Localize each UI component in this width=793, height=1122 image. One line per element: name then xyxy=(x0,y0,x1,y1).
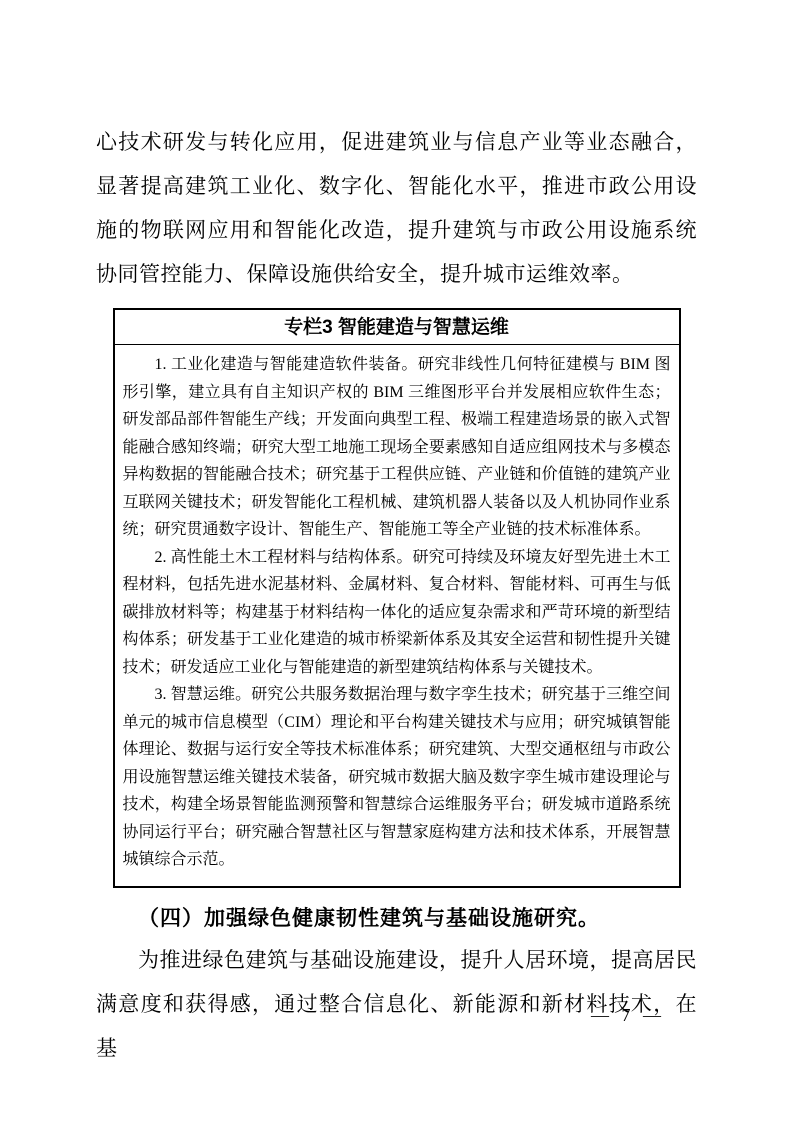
box-paragraph-3: 3. 智慧运维。研究公共服务数据治理与数字孪生技术；研究基于三维空间单元的城市信… xyxy=(123,681,671,874)
document-page: 心技术研发与转化应用，促进建筑业与信息产业等业态融合，显著提高建筑工业化、数字化… xyxy=(0,0,793,1122)
page-content: 心技术研发与转化应用，促进建筑业与信息产业等业态融合，显著提高建筑工业化、数字化… xyxy=(96,120,697,1070)
box-paragraph-2: 2. 高性能土木工程材料与结构体系。研究可持续及环境友好型先进土木工程材料，包括… xyxy=(123,544,671,682)
page-number: — 7 — xyxy=(591,1000,665,1030)
column-box-title: 专栏3 智能建造与智慧运维 xyxy=(115,310,679,345)
column-box: 专栏3 智能建造与智慧运维 1. 工业化建造与智能建造软件装备。研究非线性几何特… xyxy=(113,308,681,888)
column-box-body: 1. 工业化建造与智能建造软件装备。研究非线性几何特征建模与 BIM 图形引擎，… xyxy=(115,345,679,886)
body-paragraph-continuation: 心技术研发与转化应用，促进建筑业与信息产业等业态融合，显著提高建筑工业化、数字化… xyxy=(96,120,697,296)
section-heading: （四）加强绿色健康韧性建筑与基础设施研究。 xyxy=(96,898,697,938)
box-paragraph-1: 1. 工业化建造与智能建造软件装备。研究非线性几何特征建模与 BIM 图形引擎，… xyxy=(123,351,671,544)
